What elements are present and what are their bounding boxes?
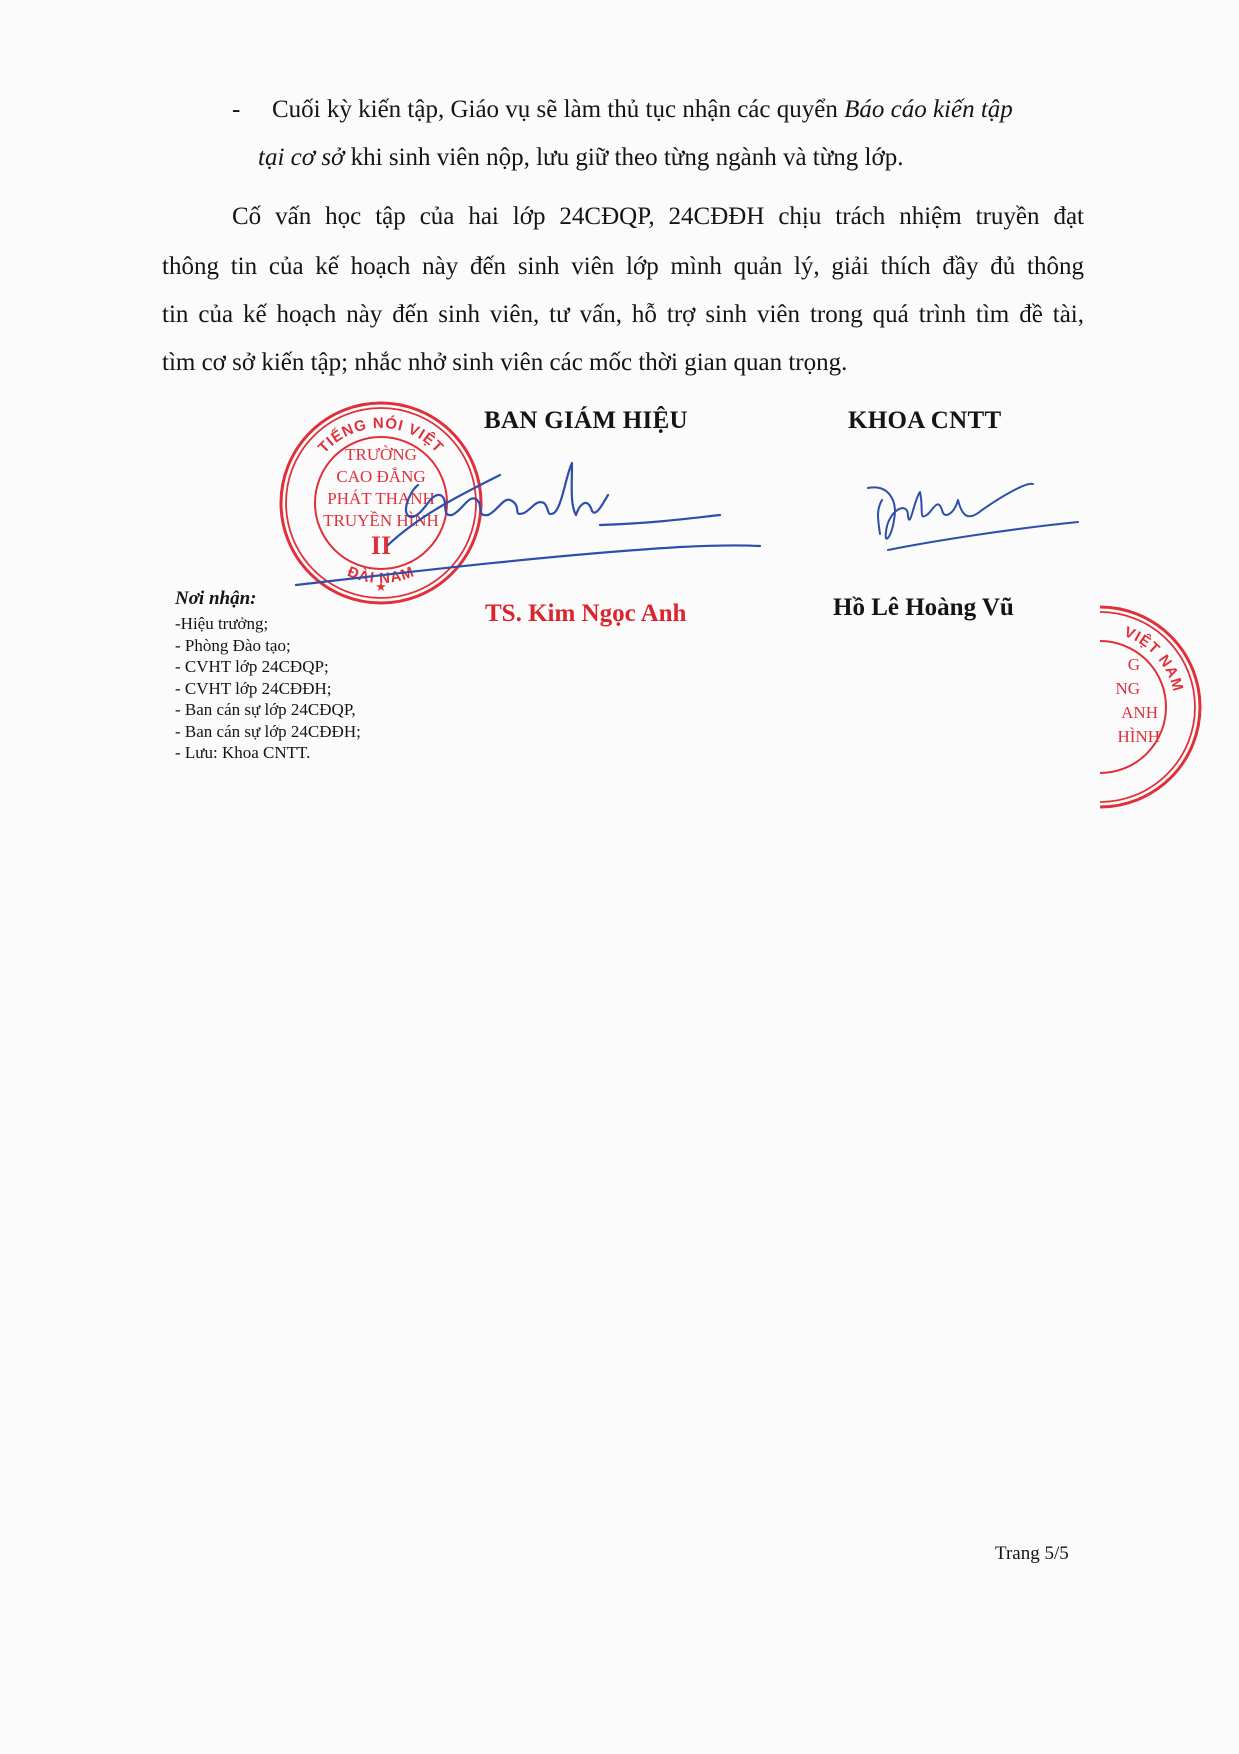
paragraph-line-4: tìm cơ sở kiến tập; nhắc nhở sinh viên c… bbox=[162, 339, 847, 387]
signature-right-icon bbox=[858, 470, 1118, 590]
bullet-text-plain: Cuối kỳ kiến tập, Giáo vụ sẽ làm thủ tục… bbox=[272, 96, 844, 123]
partial-stamp-line-4: HÌNH bbox=[1118, 727, 1161, 746]
bullet-marker: - bbox=[232, 96, 240, 124]
paragraph-line-2: thông tin của kế hoạch này đến sinh viên… bbox=[162, 243, 1084, 291]
bullet-text-italic-2: tại cơ sở bbox=[258, 144, 344, 171]
partial-stamp-line-1: G bbox=[1128, 655, 1140, 674]
bullet-line-2: tại cơ sở khi sinh viên nộp, lưu giữ the… bbox=[258, 134, 903, 182]
recipients-list: -Hiệu trưởng; - Phòng Đào tạo; - CVHT lớ… bbox=[175, 613, 361, 764]
page-number: Trang 5/5 bbox=[995, 1543, 1069, 1565]
stamp-star-icon: ★ bbox=[375, 579, 387, 594]
signature-heading-left: BAN GIÁM HIỆU bbox=[484, 407, 688, 435]
recipient-item: - Phòng Đào tạo; bbox=[175, 635, 361, 657]
signer-name-right: Hồ Lê Hoàng Vũ bbox=[833, 594, 1014, 622]
recipient-item: - Lưu: Khoa CNTT. bbox=[175, 742, 361, 764]
recipient-item: - Ban cán sự lớp 24CĐQP, bbox=[175, 699, 361, 721]
partial-stamp-icon: VIỆT NAM G NG ANH HÌNH bbox=[1000, 602, 1200, 812]
signature-left-icon bbox=[300, 455, 780, 575]
bullet-text-plain-2: khi sinh viên nộp, lưu giữ theo từng ngà… bbox=[344, 144, 903, 171]
partial-stamp-line-2: NG bbox=[1115, 679, 1140, 698]
paragraph-line-1: Cố vấn học tập của hai lớp 24CĐQP, 24CĐĐ… bbox=[232, 193, 1084, 241]
signature-heading-right: KHOA CNTT bbox=[848, 407, 1001, 435]
recipient-item: - Ban cán sự lớp 24CĐĐH; bbox=[175, 721, 361, 743]
bullet-line-1: Cuối kỳ kiến tập, Giáo vụ sẽ làm thủ tục… bbox=[272, 86, 1084, 134]
bullet-text-italic: Báo cáo kiến tập bbox=[844, 96, 1013, 123]
partial-stamp-line-3: ANH bbox=[1121, 703, 1158, 722]
recipient-item: - CVHT lớp 24CĐQP; bbox=[175, 656, 361, 678]
recipient-item: - CVHT lớp 24CĐĐH; bbox=[175, 678, 361, 700]
recipient-item: -Hiệu trưởng; bbox=[175, 613, 361, 635]
signer-name-left: TS. Kim Ngọc Anh bbox=[485, 600, 686, 628]
paragraph-line-3: tin của kế hoạch này đến sinh viên, tư v… bbox=[162, 291, 1084, 339]
recipients-title: Nơi nhận: bbox=[175, 588, 256, 610]
